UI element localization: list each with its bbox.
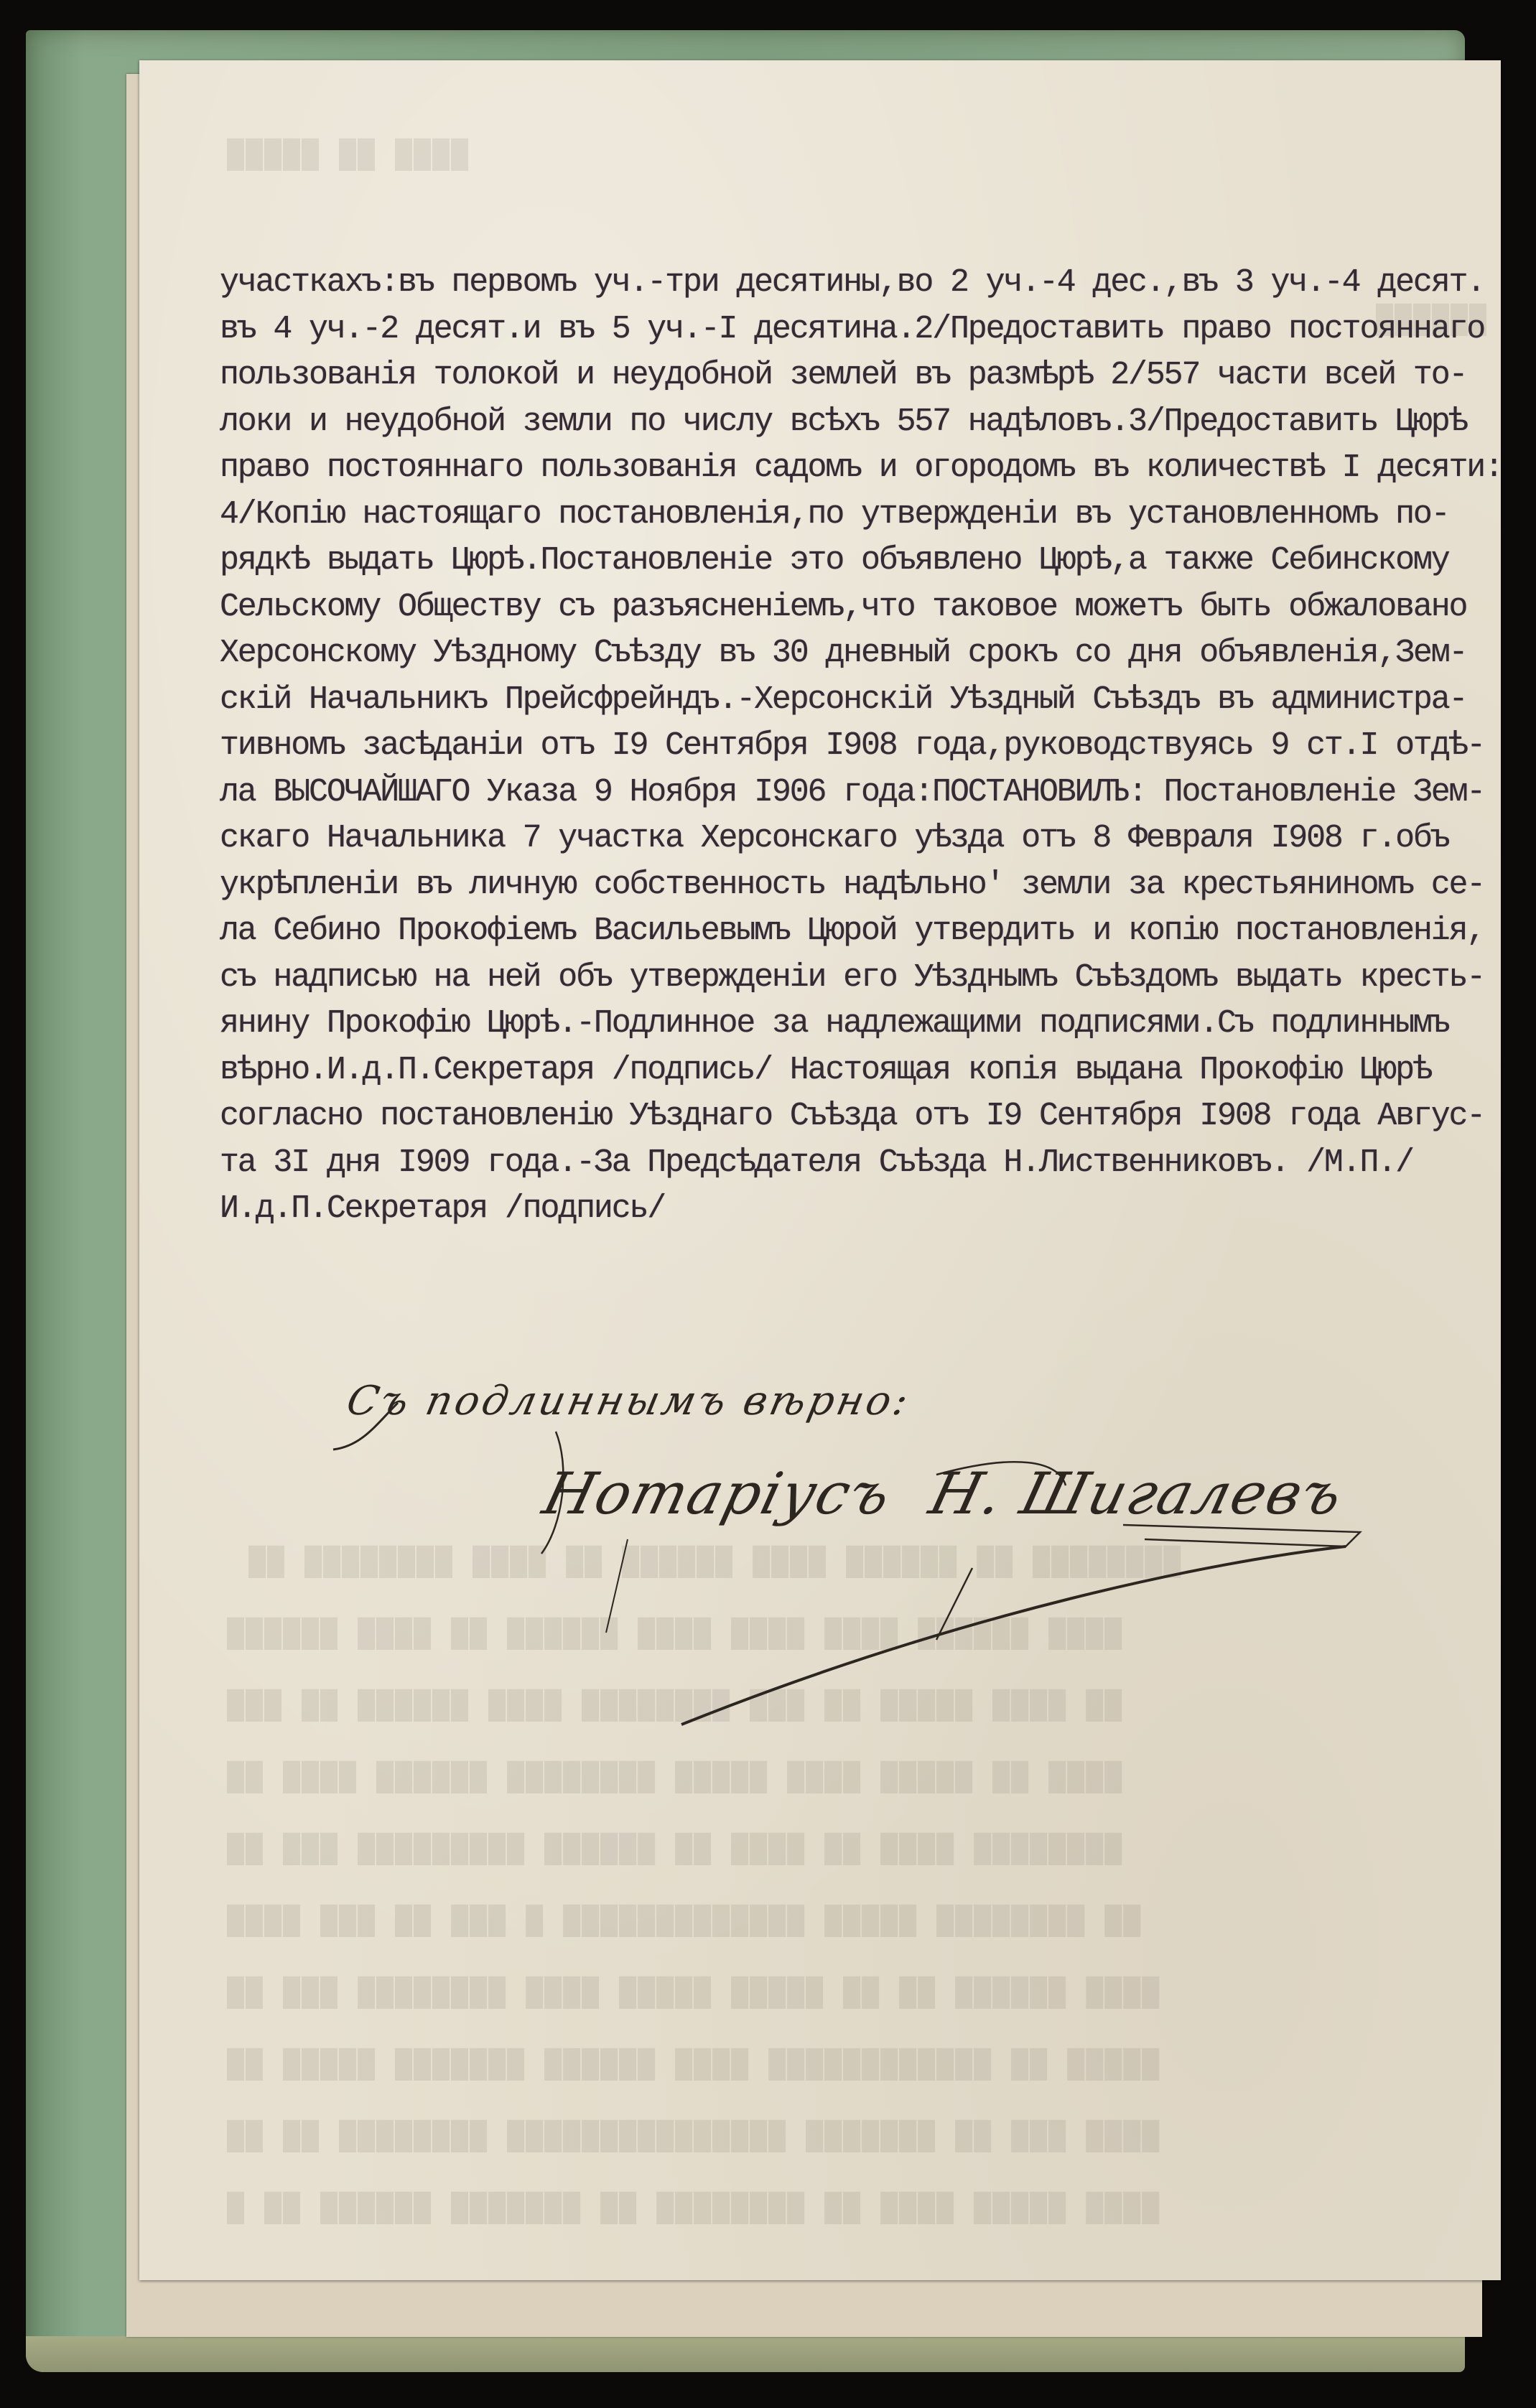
- folder-bottom-edge: [26, 2336, 1465, 2372]
- signature-flourish-icon: [139, 60, 1501, 2280]
- document-page: ████ ██ █████ ██████ ████████ ██ ██████ …: [139, 60, 1501, 2280]
